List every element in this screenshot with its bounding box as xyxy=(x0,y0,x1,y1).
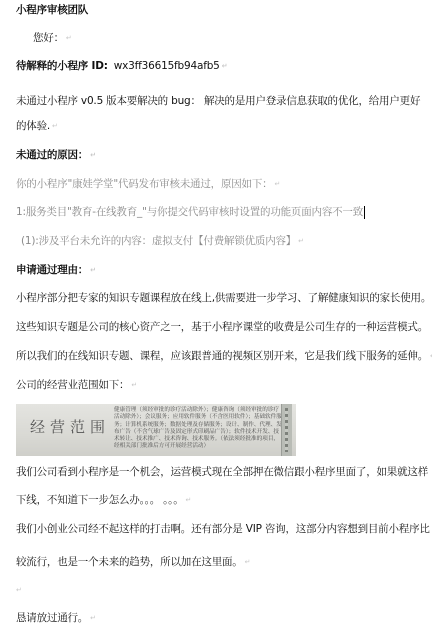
reasons-heading-text: 未通过的原因： xyxy=(16,149,88,161)
appeal-paragraph-text: 小程序部分把专家的知识专题课程放在线上,供需要进一步学习、了解健康知识的家长使用… xyxy=(16,292,431,304)
recipient-line: 小程序审核团队 xyxy=(16,3,88,17)
closing-request: 恳请放过通行。↵ xyxy=(16,611,96,625)
appid-line: 待解释的小程序 ID:wx3ff36615fb94afb5↵ xyxy=(16,59,227,73)
paragraph-mark-icon: ↵ xyxy=(16,583,22,597)
recipient: 小程序审核团队 xyxy=(16,4,88,16)
reason-intro-text: 你的小程序"康娃学堂"代码发布审核未通过，原因如下： xyxy=(16,178,272,190)
closing-paragraph-text: 我们公司看到小程序是一个机会，运营模式现在全部押在微信跟小程序里面了，如果就这样 xyxy=(16,466,428,478)
closing-request-text: 恳请放过通行。 xyxy=(16,612,88,624)
reasons-heading: 未通过的原因：↵ xyxy=(16,148,96,162)
photo-edge-strip xyxy=(281,404,292,456)
scope-intro: 公司的经营业范围如下：↵ xyxy=(16,378,137,392)
reason-1-text: 1:服务类目"教育-在线教育_"与你提交代码审核时设置的功能页面内容不一致 xyxy=(16,206,363,218)
appid-value: wx3ff36615fb94afb5 xyxy=(114,60,220,72)
paragraph-mark-icon: ↵ xyxy=(131,378,137,392)
appeal-paragraph-2: 这些知识专题是公司的核心资产之一，基于小程序课堂的收费是公司生存的一种运营模式。 xyxy=(16,320,428,334)
greeting-line: 您好：↵ xyxy=(33,31,72,45)
appeal-paragraph-3: 所以我们的在线知识专题、课程，应该跟普通的视频区别开来，它是我们线下服务的延伸。… xyxy=(16,349,432,363)
closing-paragraph-2-line-1: 我们小创业公司经不起这样的打击啊。还有部分是 VIP 咨询，这部分内容想到目前小… xyxy=(16,522,430,536)
closing-paragraph-text: 我们小创业公司经不起这样的打击啊。还有部分是 VIP 咨询，这部分内容想到目前小… xyxy=(16,523,430,535)
closing-paragraph-1-line-2: 下线，不知道下一步怎么办。。。 。。。↵ xyxy=(16,493,191,507)
appeal-paragraph-text: 这些知识专题是公司的核心资产之一，基于小程序课堂的收费是公司生存的一种运营模式。 xyxy=(16,321,428,333)
paragraph-mark-icon: ↵ xyxy=(52,119,58,133)
appeal-paragraph-1: 小程序部分把专家的知识专题课程放在线上,供需要进一步学习、了解健康知识的家长使用… xyxy=(16,291,431,305)
paragraph-mark-icon: ↵ xyxy=(90,611,96,625)
paragraph-mark-icon: ↵ xyxy=(66,31,72,45)
reason-1-sub-text: (1):涉及平台未允许的内容：虚拟支付【付费解锁优质内容】 xyxy=(21,235,296,247)
reason-1: 1:服务类目"教育-在线教育_"与你提交代码审核时设置的功能页面内容不一致 xyxy=(16,205,365,219)
text-cursor xyxy=(364,206,365,219)
appeal-paragraph-text: 所以我们的在线知识专题、课程，应该跟普通的视频区别开来，它是我们线下服务的延伸。 xyxy=(16,350,428,362)
paragraph-mark-icon: ↵ xyxy=(186,493,192,507)
closing-paragraph-2-line-2: 较流行，也是一个未来的趋势，所以加在这里面。↵ xyxy=(16,555,250,569)
closing-paragraph-1-line-1: 我们公司看到小程序是一个机会，运营模式现在全部押在微信跟小程序里面了，如果就这样 xyxy=(16,465,428,479)
paragraph-mark-icon: ↵ xyxy=(298,234,304,248)
scope-intro-text: 公司的经营业范围如下： xyxy=(16,379,129,391)
closing-paragraph-text: 较流行，也是一个未来的趋势，所以加在这里面。 xyxy=(16,556,243,568)
paragraph-mark-icon: ↵ xyxy=(90,263,96,277)
bug-description-line-2: 的体验.↵ xyxy=(16,119,58,133)
business-scope-photo-text: 健康管理（须经审批的诊疗活动除外）；健康咨询（须经审批的诊疗活动除外）；会议服务… xyxy=(114,407,282,451)
bug-description-text: 未通过小程序 v0.5 版本要解决的 bug： 解决的是用户登录信息获取的优化，… xyxy=(16,95,420,107)
paragraph-mark-icon: ↵ xyxy=(274,177,280,191)
closing-paragraph-text: 下线，不知道下一步怎么办。。。 。。。 xyxy=(16,494,184,506)
greeting: 您好： xyxy=(33,32,64,44)
paragraph-mark-icon: ↵ xyxy=(245,555,251,569)
paragraph-mark-icon: ↵ xyxy=(222,59,228,73)
business-scope-photo-title: 经营范围 xyxy=(30,416,110,437)
business-scope-photo[interactable]: 经营范围 健康管理（须经审批的诊疗活动除外）；健康咨询（须经审批的诊疗活动除外）… xyxy=(16,404,296,456)
reason-intro: 你的小程序"康娃学堂"代码发布审核未通过，原因如下：↵ xyxy=(16,177,280,191)
reason-1-sub: (1):涉及平台未允许的内容：虚拟支付【付费解锁优质内容】↵ xyxy=(21,234,304,248)
bug-description-text: 的体验. xyxy=(16,120,50,132)
appeal-heading: 申请通过理由：↵ xyxy=(16,263,96,277)
appeal-heading-text: 申请通过理由： xyxy=(16,264,88,276)
appid-label: 待解释的小程序 ID: xyxy=(16,60,108,72)
bug-description-line-1: 未通过小程序 v0.5 版本要解决的 bug： 解决的是用户登录信息获取的优化，… xyxy=(16,94,420,108)
paragraph-mark-icon: ↵ xyxy=(90,148,96,162)
empty-paragraph: ↵ xyxy=(16,583,22,597)
